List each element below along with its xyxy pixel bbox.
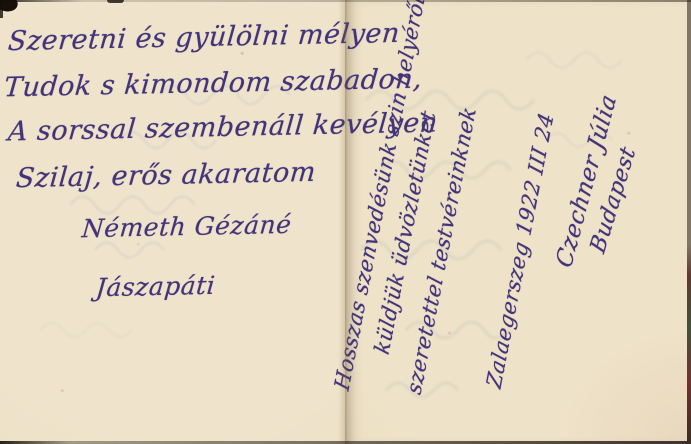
left-signature: Németh Gézáné (81, 210, 293, 243)
left-place: Jászapáti (95, 271, 217, 303)
autograph-book-scan: Szeretni és gyülölni mélyen Tudok s kimo… (0, 0, 691, 444)
poem-line-4: Szilaj, erős akaratom (15, 157, 318, 194)
